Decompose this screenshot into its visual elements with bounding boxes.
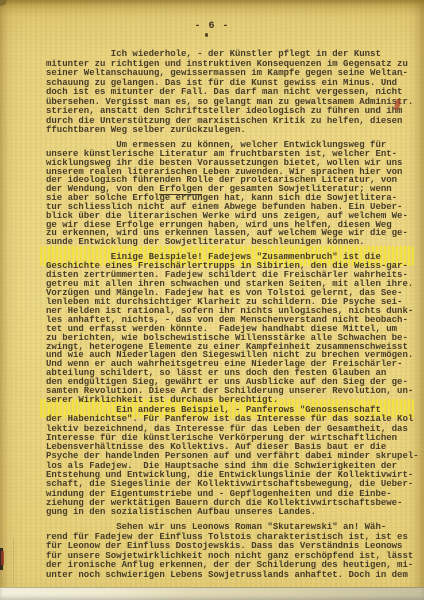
paper-speck-small [401, 74, 403, 76]
paragraph-4: Ein anderes Beispiel, - Panferows "Genos… [46, 406, 418, 518]
page-number: - 6 - [0, 21, 424, 32]
paper-speck [205, 33, 208, 37]
paragraph-3: Einige Beispiele! Fadejews "Zusammenbruc… [46, 253, 418, 405]
paragraph-1: Ich wiederhole, - der Künstler pflegt in… [46, 50, 418, 136]
paragraph-2: Um ermessen zu können, welcher Entwicklu… [46, 141, 418, 247]
underline-mark [159, 194, 202, 195]
paper-speck-corner [0, 0, 7, 6]
red-pencil-mark-left [1, 551, 4, 565]
paper-bottom-edge [0, 587, 424, 600]
paragraph-5: Sehen wir uns Leonows Roman "Skutarewski… [46, 523, 418, 581]
document-page: - 6 - Ich wiederhole, - der Künstler pfl… [0, 0, 424, 600]
